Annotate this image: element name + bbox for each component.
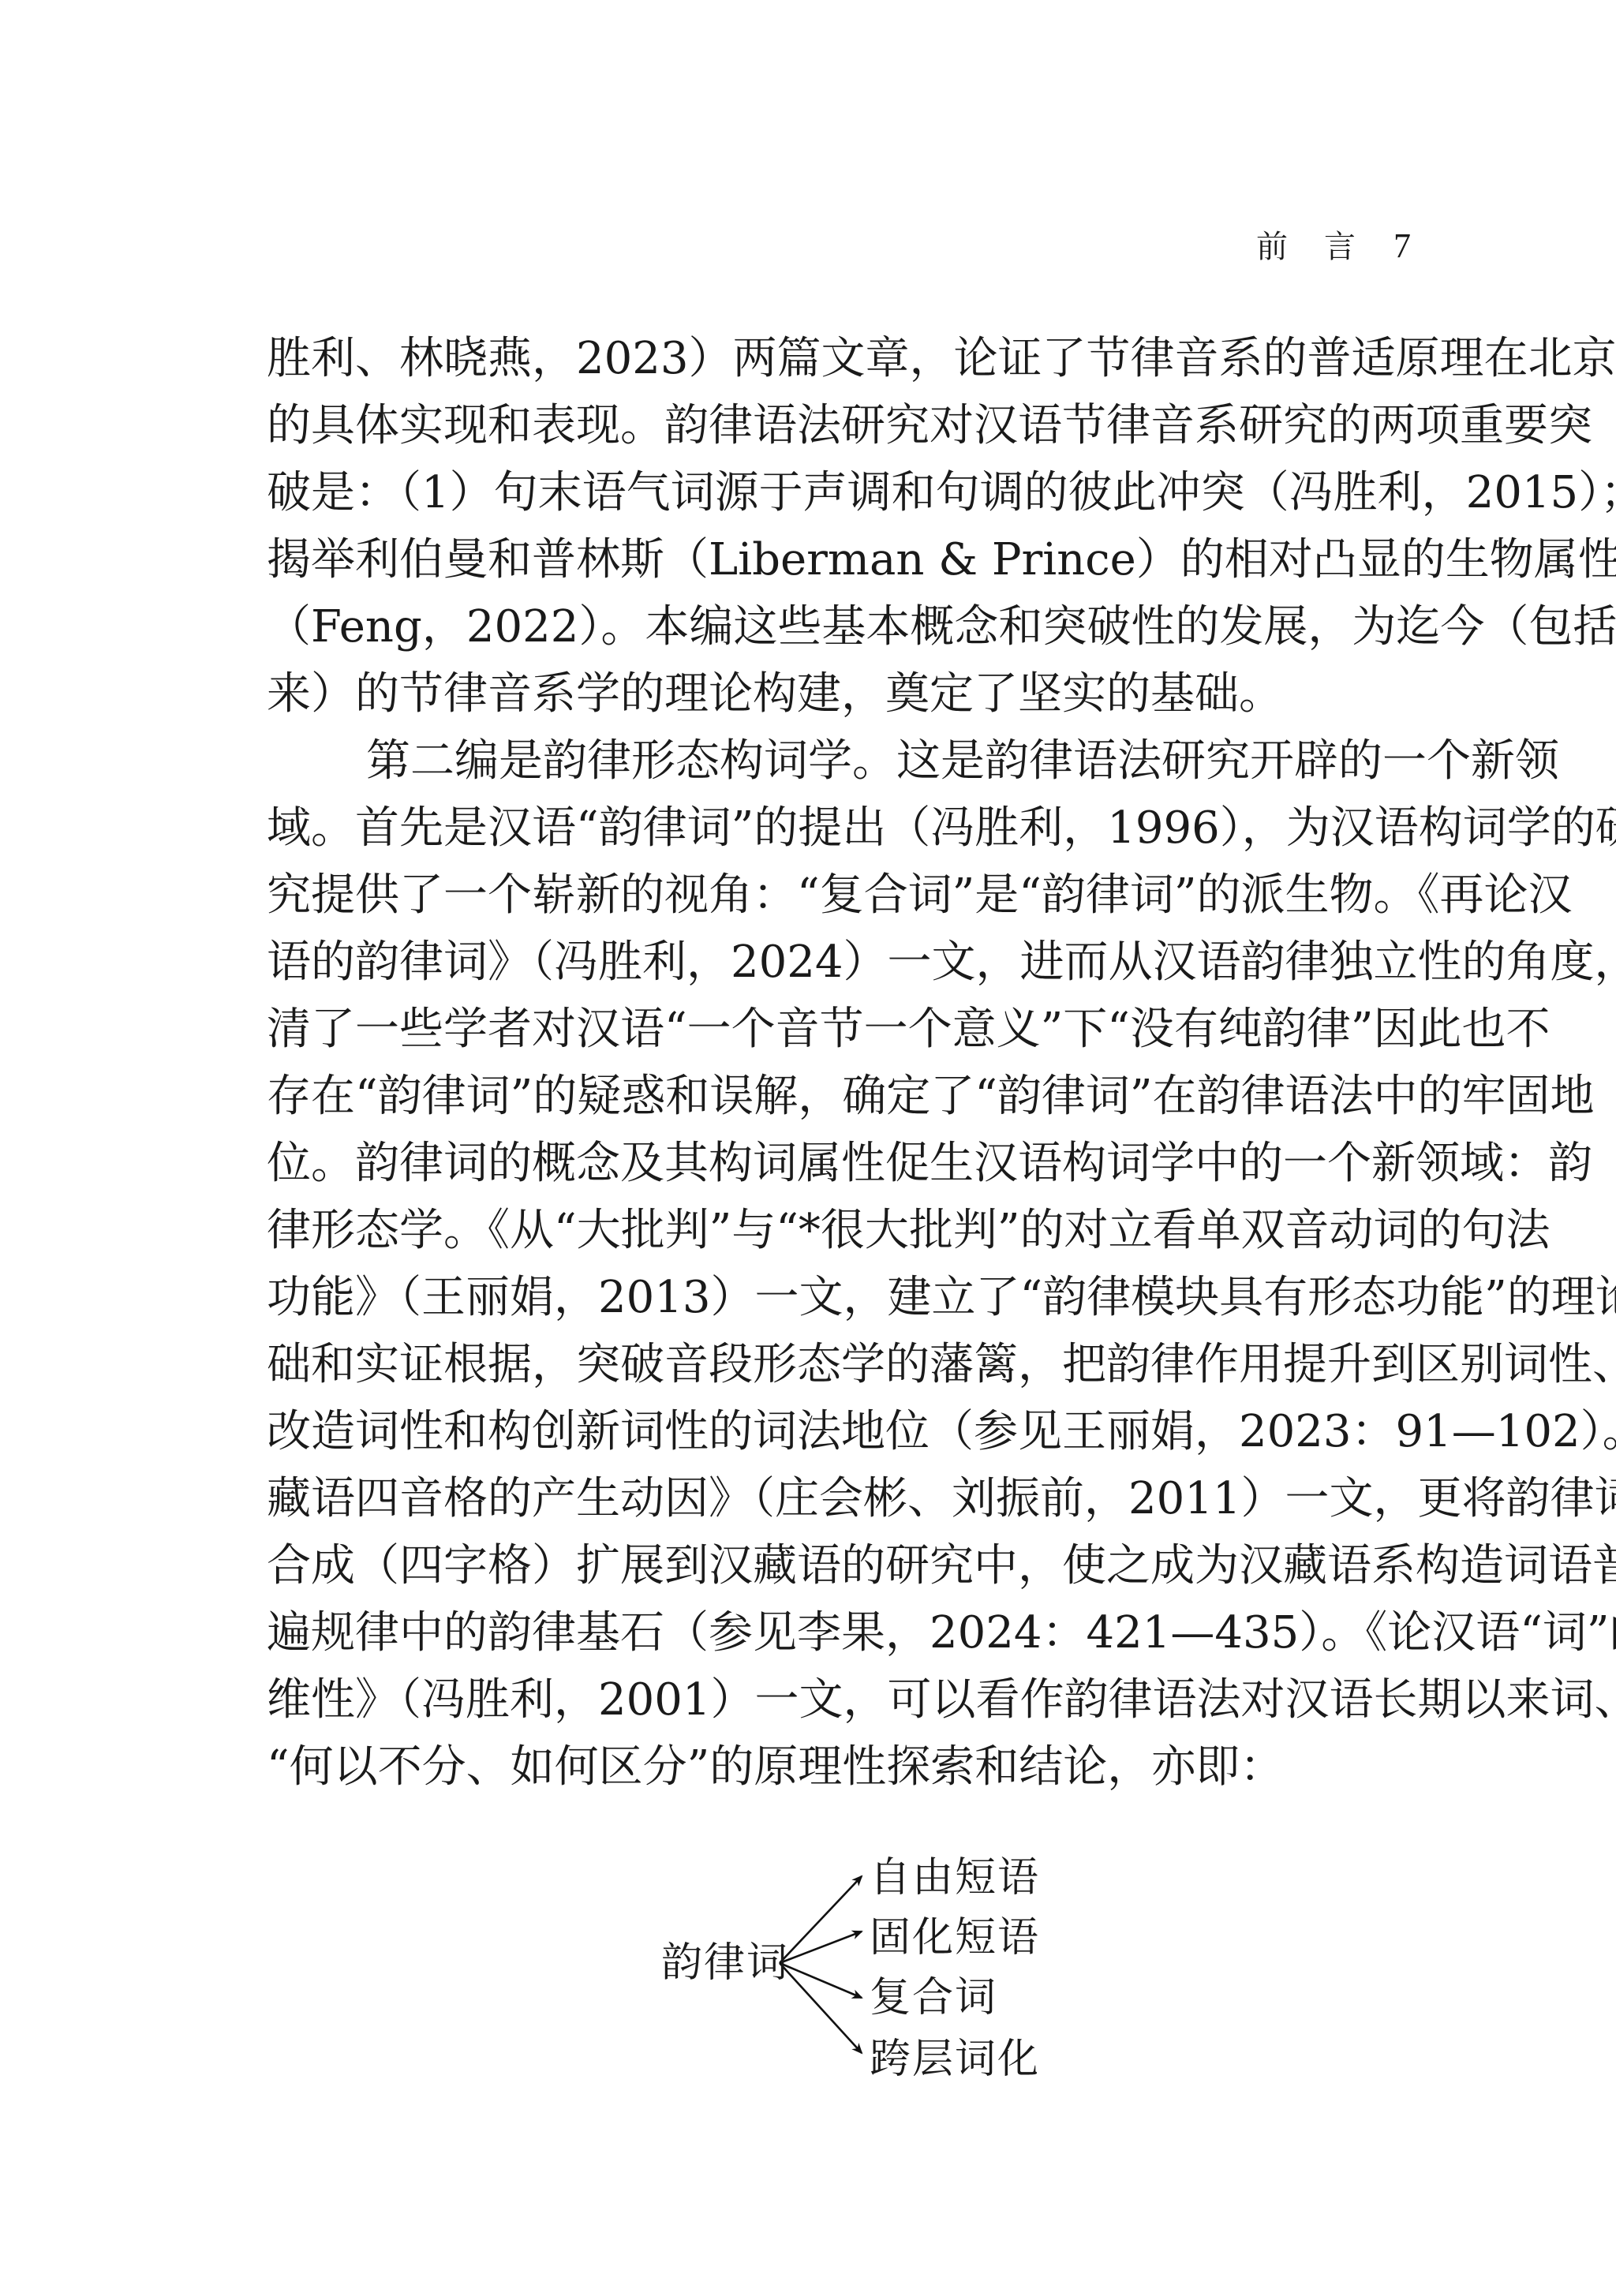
paragraph-start-line: 第二编是韵律形态构词学。这是韵律语法研究开辟的一个新领 [267, 727, 1412, 795]
text-line: 胜利、林晓燕，2023）两篇文章，论证了节律音系的普适原理在北京话里 [267, 325, 1412, 392]
text-line: 维性》（冯胜利，2001）一文，可以看作韵律语法对汉语长期以来词、语 [267, 1666, 1412, 1733]
text-line: “何以不分、如何区分”的原理性探索和结论，亦即： [267, 1733, 1412, 1801]
arrow-to-branch-4 [780, 1963, 862, 2053]
text-line: 础和实证根据，突破音段形态学的藩篱，把韵律作用提升到区别词性、 [267, 1331, 1412, 1398]
body-text: 胜利、林晓燕，2023）两篇文章，论证了节律音系的普适原理在北京话里 的具体实现… [267, 325, 1412, 1801]
text-line: 来）的节律音系学的理论构建，奠定了坚实的基础。 [267, 660, 1412, 727]
page-number: 7 [1393, 226, 1411, 265]
arrow-to-branch-2 [780, 1931, 862, 1963]
text-line: 清了一些学者对汉语“一个音节一个意义”下“没有纯韵律”因此也不 [267, 996, 1412, 1063]
text-line: 破是：（1）句末语气词源于声调和句调的彼此冲突（冯胜利，2015）；（2） [267, 459, 1412, 526]
diagram-branch-cross-level-lexicalization: 跨层词化 [870, 2037, 1040, 2081]
text-line: 揭举利伯曼和普林斯（Liberman & Prince）的相对凸显的生物属性 [267, 526, 1412, 593]
diagram-root: 韵律词 [661, 1941, 789, 1985]
text-line: 遍规律中的韵律基石（参见李果，2024：421—435）。《论汉语“词”的多 [267, 1599, 1412, 1666]
running-head: 前言7 [1256, 227, 1411, 266]
text-line: 域。首先是汉语“韵律词”的提出（冯胜利，1996），为汉语构词学的研 [267, 795, 1412, 862]
arrow-to-branch-1 [780, 1876, 862, 1963]
text-line: 的具体实现和表现。韵律语法研究对汉语节律音系研究的两项重要突 [267, 392, 1412, 459]
running-head-title: 前言 [1256, 229, 1392, 265]
diagram-branch-fixed-phrase: 固化短语 [870, 1916, 1040, 1960]
text-line: 藏语四音格的产生动因》（庄会彬、刘振前，2011）一文，更将韵律词的 [267, 1465, 1412, 1532]
prosodic-word-diagram: 韵律词 自由短语 固化短语 复合词 跨层词化 [647, 1830, 1057, 2099]
text-line: （Feng，2022）。本编这些基本概念和突破性的发展，为迄今（包括将 [267, 593, 1412, 660]
text-line: 改造词性和构创新词性的词法地位（参见王丽娟，2023：91—102）。《汉 [267, 1398, 1412, 1465]
text-line: 律形态学。《从“大批判”与“*很大批判”的对立看单双音动词的句法 [267, 1197, 1412, 1264]
text-line: 究提供了一个崭新的视角：“复合词”是“韵律词”的派生物。《再论汉 [267, 862, 1412, 929]
diagram-branch-compound-word: 复合词 [870, 1976, 997, 2020]
text-line: 语的韵律词》（冯胜利，2024）一文，进而从汉语韵律独立性的角度，厘 [267, 929, 1412, 996]
text-line: 合成（四字格）扩展到汉藏语的研究中，使之成为汉藏语系构造词语普 [267, 1532, 1412, 1599]
text-line: 位。韵律词的概念及其构词属性促生汉语构词学中的一个新领域：韵 [267, 1130, 1412, 1197]
text-line: 功能》（王丽娟，2013）一文，建立了“韵律模块具有形态功能”的理论基 [267, 1264, 1412, 1331]
diagram-branch-free-phrase: 自由短语 [870, 1856, 1040, 1900]
arrow-to-branch-3 [780, 1963, 862, 1998]
text-line: 存在“韵律词”的疑惑和误解，确定了“韵律词”在韵律语法中的牢固地 [267, 1063, 1412, 1130]
